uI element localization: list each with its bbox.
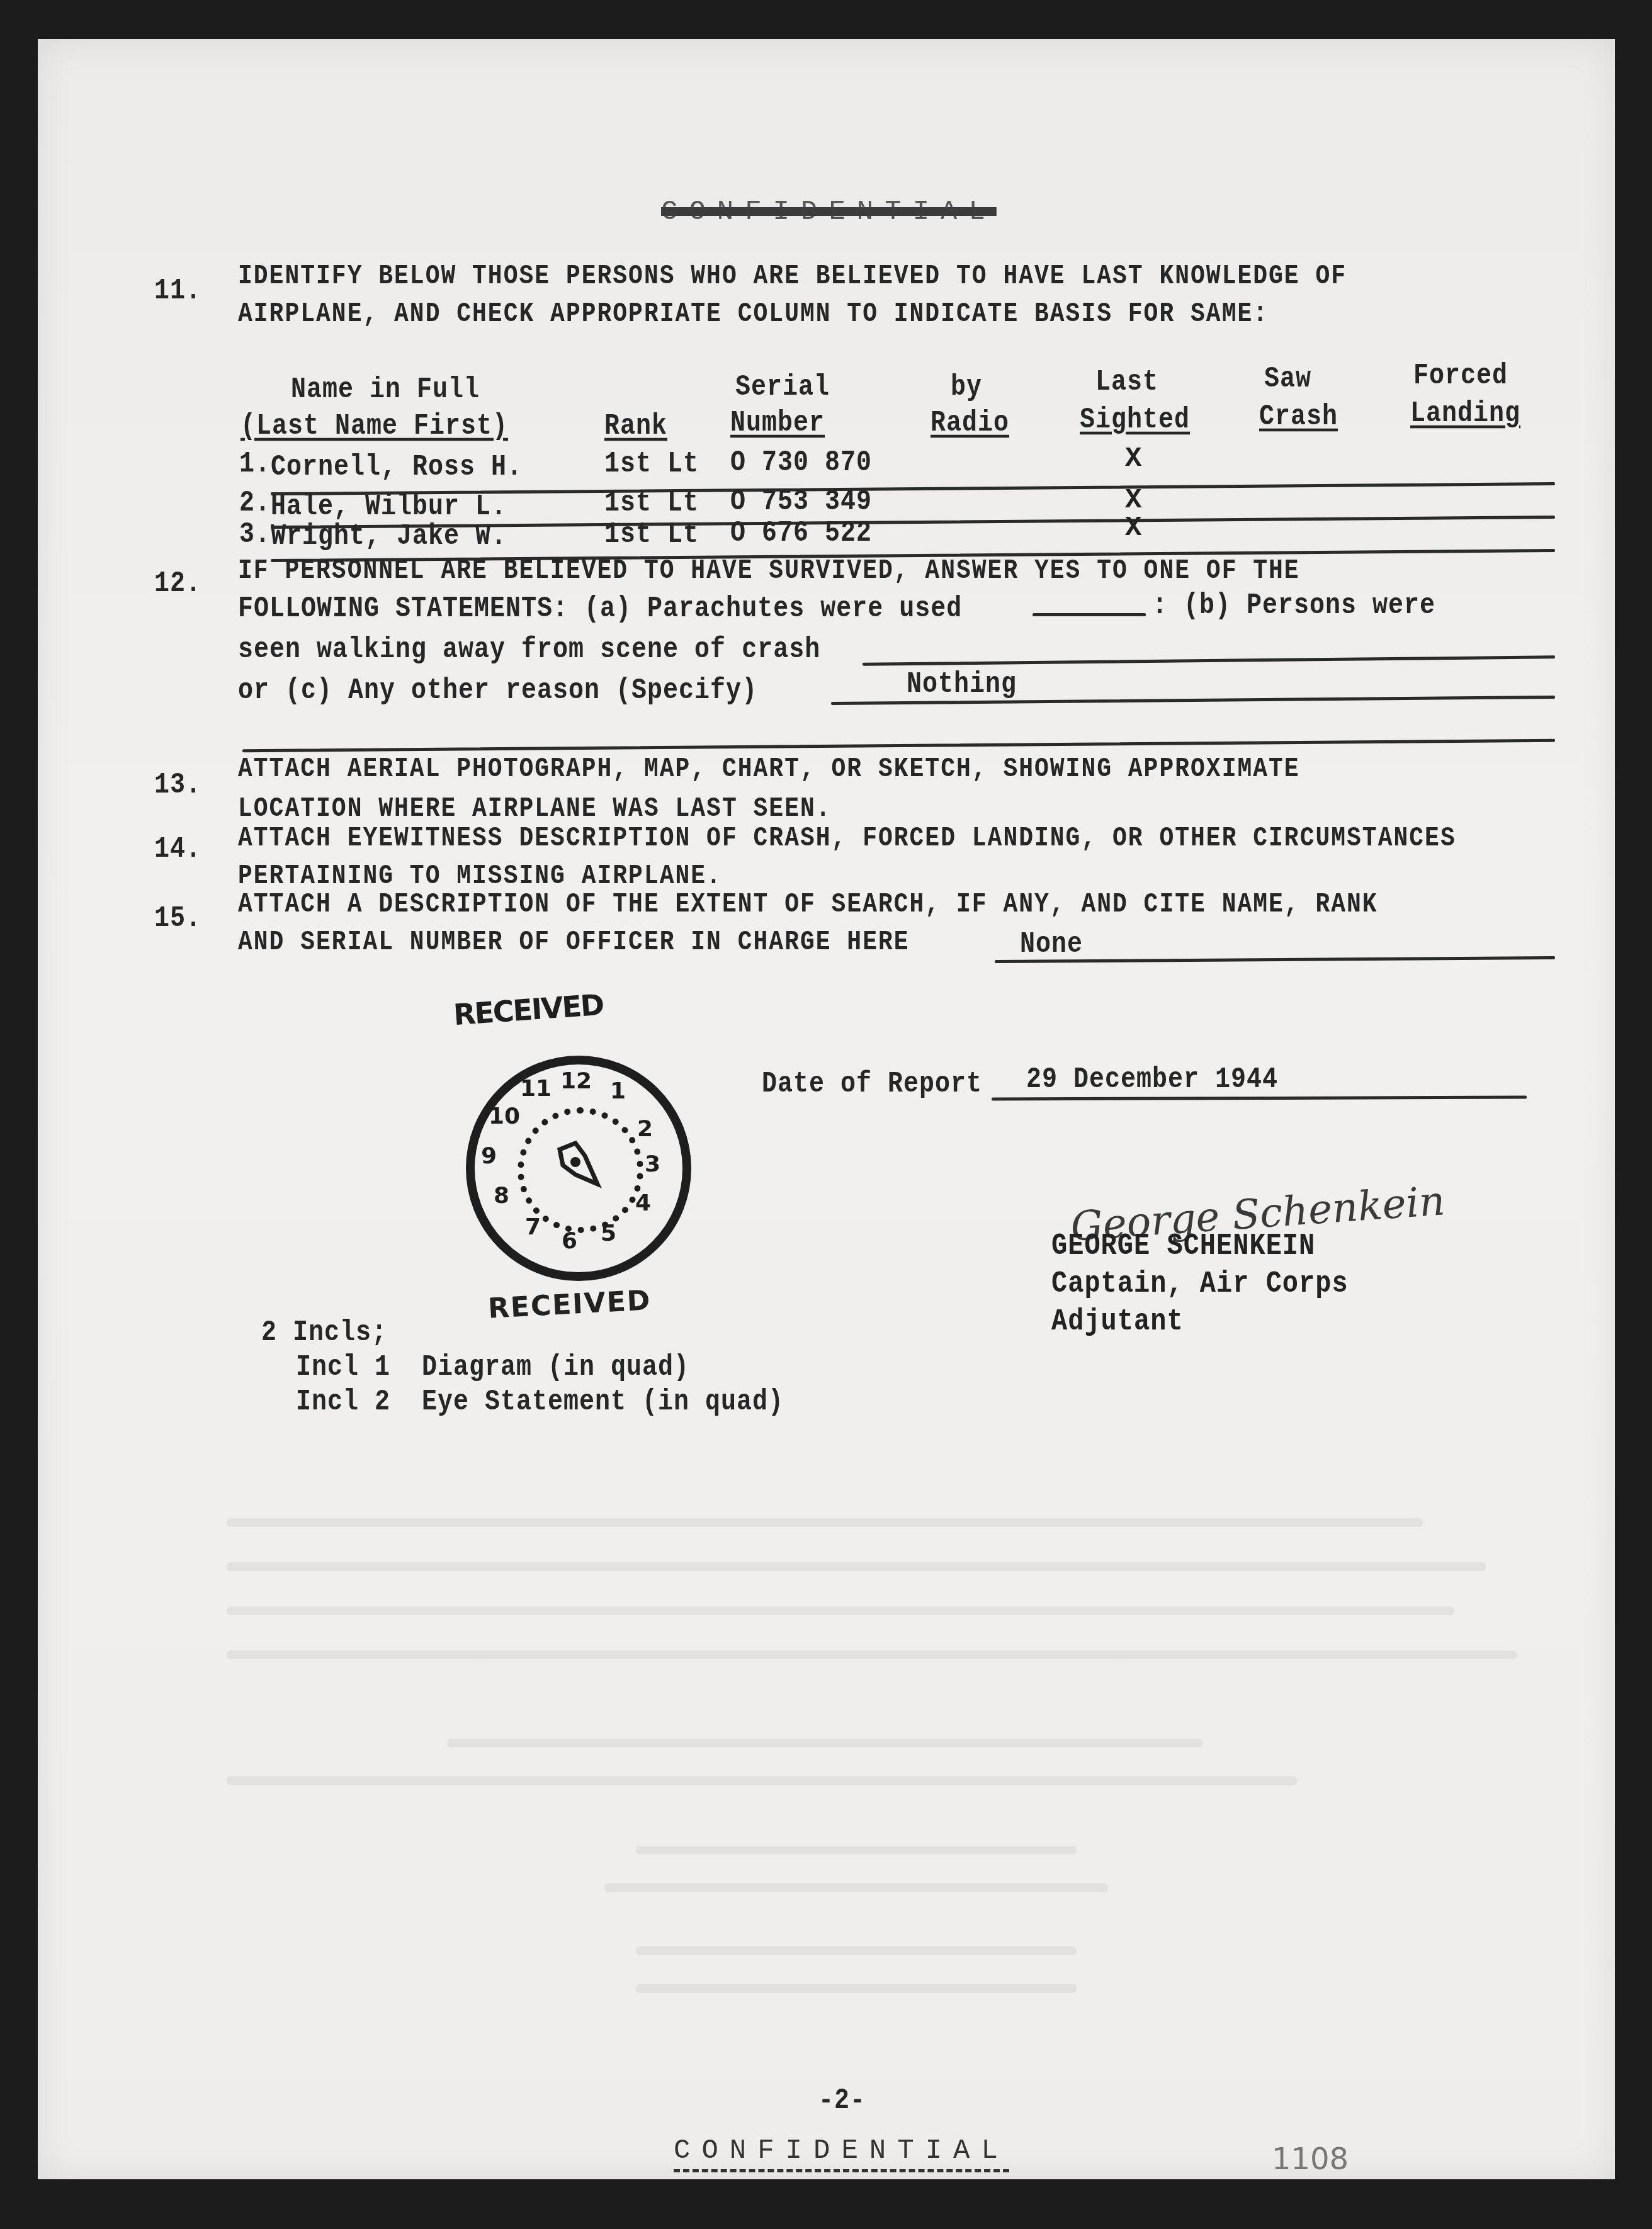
stamp-top-text: RECEIVED [452, 988, 604, 1032]
row-name: Cornell, Ross H. [271, 451, 523, 484]
header-classification: CONFIDENTIAL [661, 196, 997, 228]
item-15-line-2: AND SERIAL NUMBER OF OFFICER IN CHARGE H… [238, 927, 910, 957]
col-header-sighted-line-1: Last [1095, 366, 1158, 399]
stamp-number: 6 [562, 1228, 577, 1254]
col-header-rank: Rank [604, 410, 667, 443]
stamp-number: 11 [520, 1076, 552, 1102]
stamp-hand-icon [547, 1137, 604, 1194]
item-12-line-2a: FOLLOWING STATEMENTS: (a) Parachutes wer… [238, 593, 962, 626]
officer-in-charge-answer: None [1020, 928, 1083, 961]
stamp-number: 12 [560, 1068, 592, 1094]
item-15-number: 15. [154, 903, 201, 935]
other-reason-answer: Nothing [907, 669, 1017, 701]
row-index: 1. [239, 448, 271, 481]
other-reason-blank-2 [242, 739, 1555, 752]
row-serial: O 676 522 [730, 517, 872, 550]
row-last-sighted-mark: X [1125, 443, 1141, 475]
item-15-line-1: ATTACH A DESCRIPTION OF THE EXTENT OF SE… [238, 889, 1378, 920]
item-11-line-2: AIRPLANE, AND CHECK APPROPRIATE COLUMN T… [238, 298, 1269, 329]
stamp-number: 4 [635, 1190, 651, 1216]
item-14-line-1: ATTACH EYEWITNESS DESCRIPTION OF CRASH, … [238, 823, 1456, 854]
col-header-forced-line-1: Forced [1413, 360, 1508, 393]
report-date-label: Date of Report [762, 1068, 982, 1101]
col-header-name-line-2: (Last Name First) [240, 410, 508, 443]
item-12-line-2b: : (b) Persons were [1152, 590, 1435, 623]
col-header-crash-line-1: Saw [1264, 363, 1311, 396]
col-header-name-line-1: Name in Full [272, 374, 499, 407]
pencil-note: 1108 [1272, 2142, 1349, 2177]
walking-answer-blank [863, 655, 1555, 666]
row-last-sighted-mark: X [1125, 485, 1141, 516]
stamp-number: 2 [637, 1116, 653, 1142]
row-index: 3. [239, 519, 271, 551]
col-header-sighted-line-2: Sighted [1080, 404, 1190, 437]
row-serial: O 753 349 [730, 486, 872, 519]
item-13-line-1: ATTACH AERIAL PHOTOGRAPH, MAP, CHART, OR… [238, 753, 1300, 784]
col-header-radio-line-2: Radio [931, 407, 1009, 440]
stamp-number: 7 [525, 1214, 541, 1240]
enclosure-1-text: Diagram (in quad) [422, 1352, 689, 1384]
row-rank: 1st Lt [604, 448, 699, 481]
stamp-number: 10 [489, 1103, 520, 1129]
col-header-radio-line-1: by [951, 371, 982, 404]
item-11-number: 11. [154, 275, 201, 308]
item-14-line-2: PERTAINING TO MISSING AIRPLANE. [238, 861, 722, 891]
signer-title: Captain, Air Corps [1051, 1267, 1349, 1301]
row-rank: 1st Lt [604, 487, 699, 520]
item-12-line-1: IF PERSONNEL ARE BELIEVED TO HAVE SURVIV… [238, 555, 1300, 586]
item-14-number: 14. [154, 833, 201, 866]
enclosure-1-label: Incl 1 [296, 1352, 390, 1384]
row-index: 2. [239, 487, 271, 520]
item-11-line-1: IDENTIFY BELOW THOSE PERSONS WHO ARE BEL… [238, 261, 1347, 291]
col-header-serial-line-2: Number [730, 407, 825, 440]
footer-classification: CONFIDENTIAL [674, 2135, 1009, 2172]
enclosures-header: 2 Incls; [261, 1317, 387, 1350]
stamp-number: 9 [481, 1143, 497, 1169]
row-name: Hale, Wilbur L. [271, 491, 507, 524]
enclosure-2-label: Incl 2 [296, 1386, 390, 1419]
enclosure-2-text: Eye Statement (in quad) [422, 1386, 784, 1419]
item-13-number: 13. [154, 769, 201, 802]
row-last-sighted-mark: X [1125, 512, 1141, 544]
item-12-number: 12. [154, 568, 201, 601]
parachutes-answer-blank [1032, 613, 1146, 616]
item-12-line-4: or (c) Any other reason (Specify) [238, 675, 757, 708]
row-name: Wright, Jake W. [271, 521, 507, 553]
row-rank: 1st Lt [604, 519, 699, 551]
signer-role: Adjutant [1051, 1304, 1184, 1339]
col-header-serial-line-1: Serial [735, 371, 830, 404]
col-header-crash-line-2: Crash [1259, 401, 1338, 434]
document-page: CONFIDENTIAL 11. IDENTIFY BELOW THOSE PE… [38, 39, 1615, 2179]
stamp-number: 5 [601, 1221, 616, 1246]
item-12-line-3: seen walking away from scene of crash [238, 634, 820, 667]
stamp-number: 1 [610, 1078, 626, 1104]
row-serial: O 730 870 [730, 447, 872, 480]
stamp-received-text: RECEIVED [487, 1284, 652, 1325]
page-number: -2- [818, 2085, 866, 2118]
stamp-number: 8 [494, 1183, 509, 1209]
stamp-number: 3 [645, 1151, 660, 1177]
clock-stamp-icon: 12 1 2 3 4 5 6 7 8 9 10 11 [466, 1056, 691, 1281]
report-date-value: 29 December 1944 [1026, 1064, 1278, 1097]
col-header-forced-line-2: Landing [1410, 398, 1542, 431]
item-13-line-2: LOCATION WHERE AIRPLANE WAS LAST SEEN. [238, 793, 832, 824]
signer-name: GEORGE SCHENKEIN [1051, 1229, 1315, 1263]
